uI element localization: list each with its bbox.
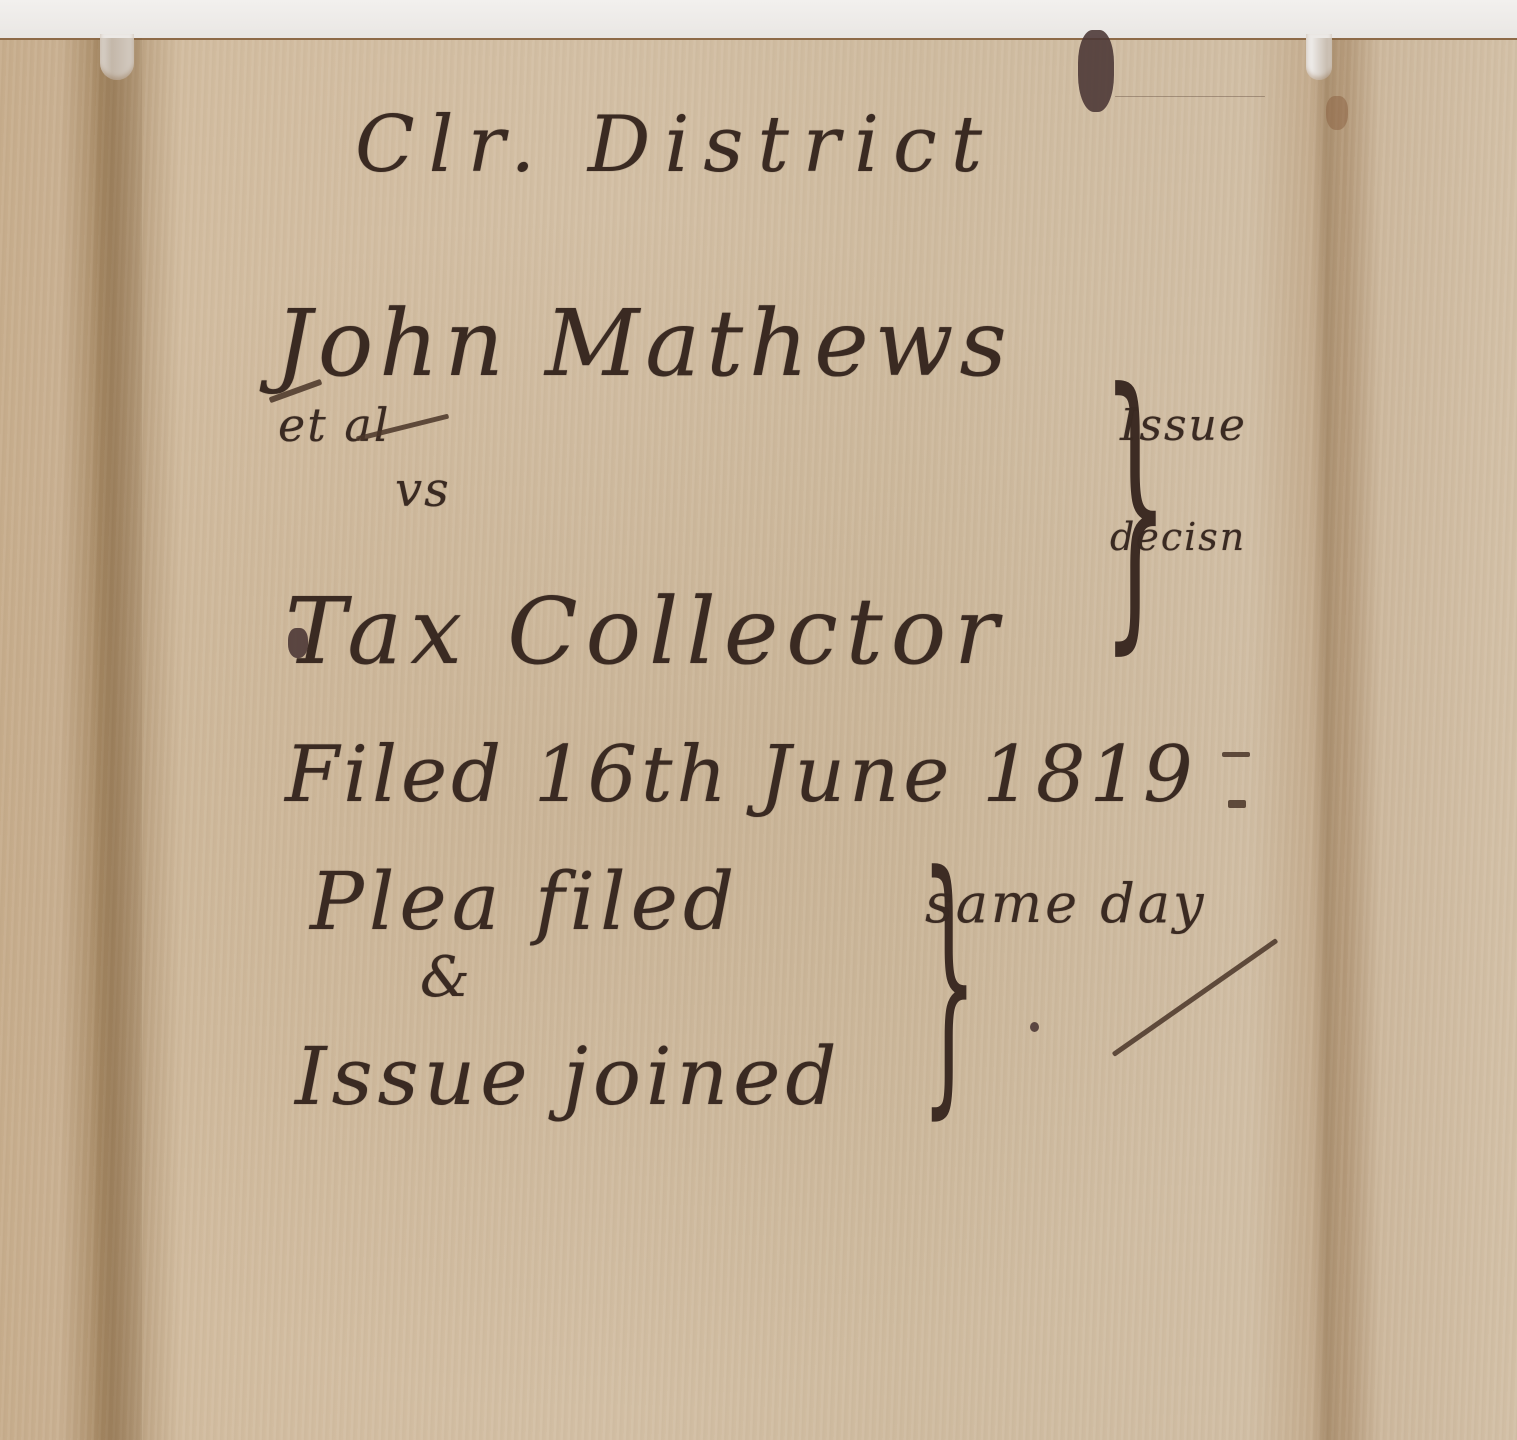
margin-note-decision: decisn <box>1110 515 1246 559</box>
faint-rule <box>1115 96 1265 97</box>
plaintiff-suffix: et al <box>278 398 390 452</box>
plaintiff-name: John Mathews <box>275 290 1013 397</box>
proceedings-connector: & <box>420 945 472 1010</box>
margin-note-same-day: same day <box>925 872 1207 935</box>
defendant-name: Tax Collector <box>285 578 1006 685</box>
filed-dash <box>1222 752 1250 757</box>
fold-line-right <box>1312 38 1342 1440</box>
fold-line-left <box>92 38 142 1440</box>
ink-blot-tax <box>288 628 308 658</box>
ink-dot <box>1030 1022 1039 1032</box>
court-district-heading: Clr. District <box>355 100 996 190</box>
filed-dash-2 <box>1228 800 1246 808</box>
plea-filed: Plea filed <box>310 855 739 948</box>
ink-blot-top <box>1078 30 1114 112</box>
issue-joined: Issue joined <box>295 1030 842 1123</box>
versus-label: vs <box>395 462 451 518</box>
scanner-backdrop <box>0 0 1517 40</box>
ink-blot-stain <box>1326 96 1348 130</box>
margin-note-issue: Issue <box>1120 400 1247 451</box>
filed-date: Filed 16th June 1819 <box>285 730 1197 820</box>
